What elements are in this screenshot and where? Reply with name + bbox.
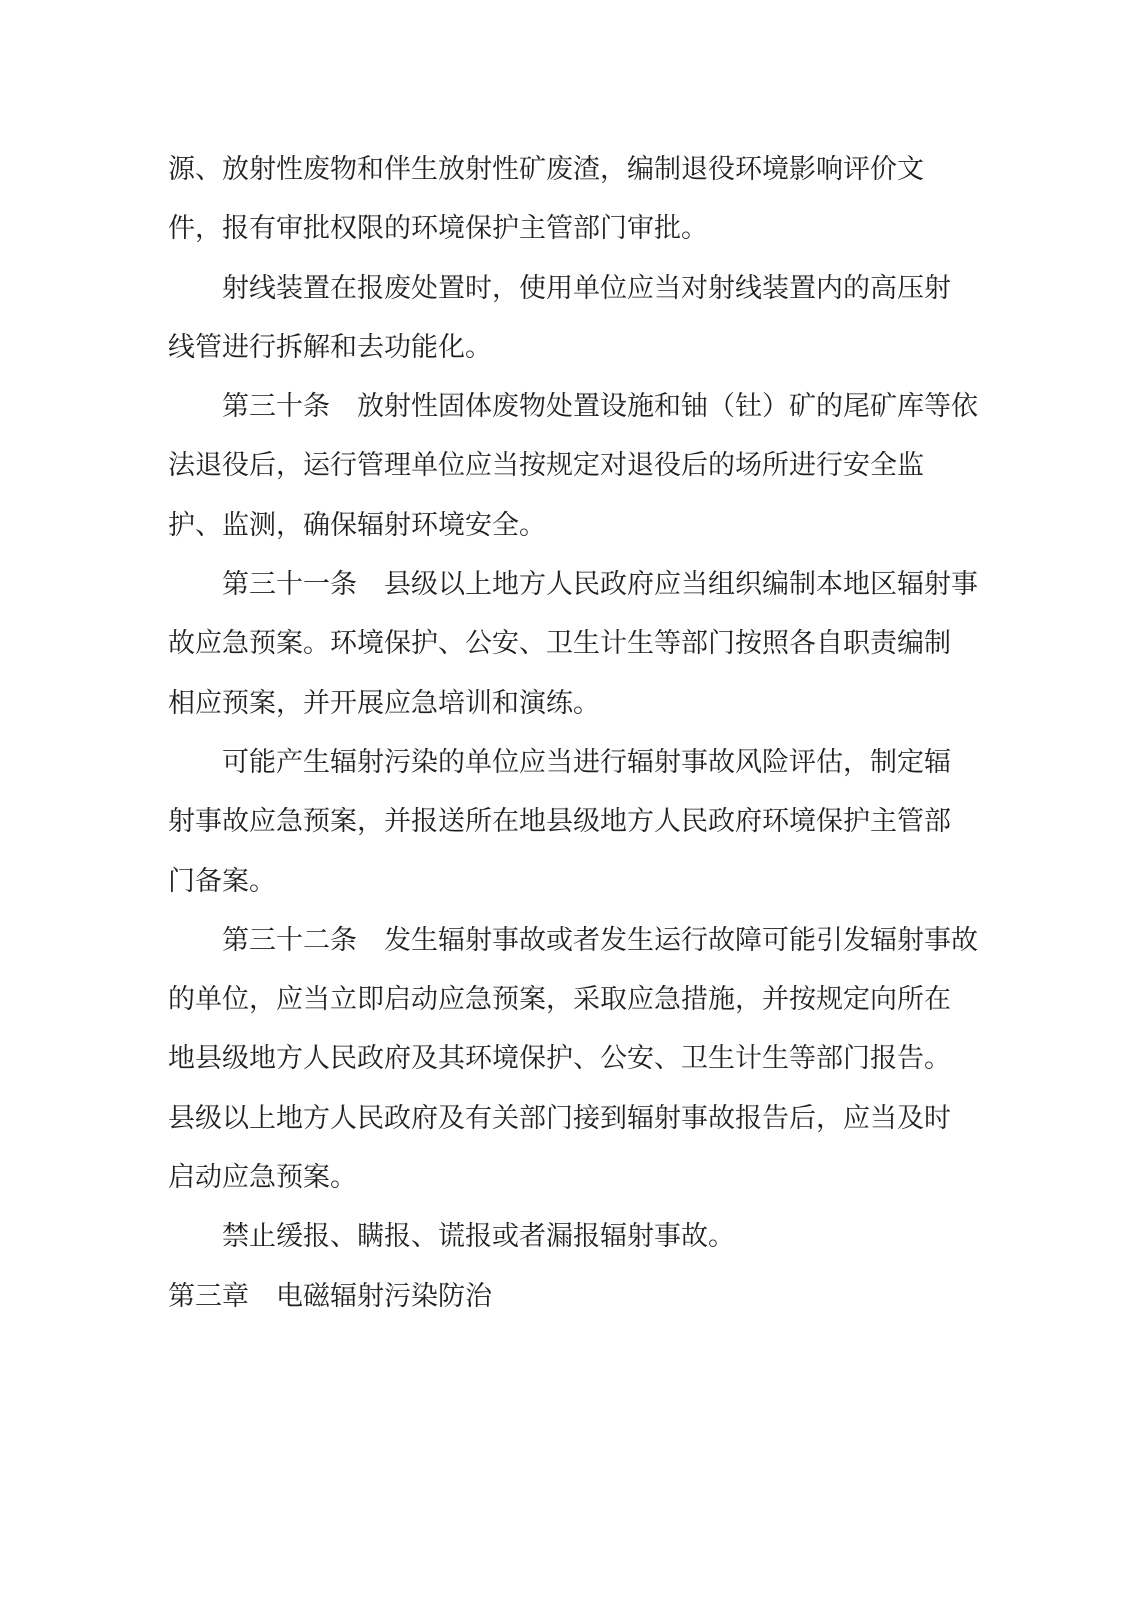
text-line: 第三章 电磁辐射污染防治 <box>168 1267 978 1326</box>
paragraph: 可能产生辐射污染的单位应当进行辐射事故风险评估，制定辐射事故应急预案，并报送所在… <box>168 733 978 911</box>
text-line: 第三十条 放射性固体废物处置设施和铀（钍）矿的尾矿库等依 <box>168 377 978 436</box>
paragraph: 第三十条 放射性固体废物处置设施和铀（钍）矿的尾矿库等依法退役后，运行管理单位应… <box>168 377 978 555</box>
paragraph: 禁止缓报、瞒报、谎报或者漏报辐射事故。 <box>168 1207 978 1266</box>
text-line: 射线装置在报废处置时，使用单位应当对射线装置内的高压射 <box>168 259 978 318</box>
text-line: 禁止缓报、瞒报、谎报或者漏报辐射事故。 <box>168 1207 978 1266</box>
text-line: 法退役后，运行管理单位应当按规定对退役后的场所进行安全监 <box>168 436 978 495</box>
text-line: 可能产生辐射污染的单位应当进行辐射事故风险评估，制定辐 <box>168 733 978 792</box>
text-line: 源、放射性废物和伴生放射性矿废渣，编制退役环境影响评价文 <box>168 140 978 199</box>
paragraph: 第三十二条 发生辐射事故或者发生运行故障可能引发辐射事故的单位，应当立即启动应急… <box>168 911 978 1207</box>
document-body: 源、放射性废物和伴生放射性矿废渣，编制退役环境影响评价文件，报有审批权限的环境保… <box>168 140 978 1326</box>
paragraph: 源、放射性废物和伴生放射性矿废渣，编制退役环境影响评价文件，报有审批权限的环境保… <box>168 140 978 259</box>
text-line: 件，报有审批权限的环境保护主管部门审批。 <box>168 199 978 258</box>
chapter-heading: 第三章 电磁辐射污染防治 <box>168 1267 978 1326</box>
text-line: 门备案。 <box>168 852 978 911</box>
paragraph: 第三十一条 县级以上地方人民政府应当组织编制本地区辐射事故应急预案。环境保护、公… <box>168 555 978 733</box>
text-line: 相应预案，并开展应急培训和演练。 <box>168 674 978 733</box>
paragraph: 射线装置在报废处置时，使用单位应当对射线装置内的高压射线管进行拆解和去功能化。 <box>168 259 978 378</box>
text-line: 故应急预案。环境保护、公安、卫生计生等部门按照各自职责编制 <box>168 614 978 673</box>
document-page: 源、放射性废物和伴生放射性矿废渣，编制退役环境影响评价文件，报有审批权限的环境保… <box>0 0 1132 1600</box>
text-line: 地县级地方人民政府及其环境保护、公安、卫生计生等部门报告。 <box>168 1029 978 1088</box>
text-line: 护、监测，确保辐射环境安全。 <box>168 496 978 555</box>
text-line: 第三十二条 发生辐射事故或者发生运行故障可能引发辐射事故 <box>168 911 978 970</box>
text-line: 线管进行拆解和去功能化。 <box>168 318 978 377</box>
text-line: 的单位，应当立即启动应急预案，采取应急措施，并按规定向所在 <box>168 970 978 1029</box>
text-line: 县级以上地方人民政府及有关部门接到辐射事故报告后，应当及时 <box>168 1089 978 1148</box>
text-line: 射事故应急预案，并报送所在地县级地方人民政府环境保护主管部 <box>168 792 978 851</box>
text-line: 第三十一条 县级以上地方人民政府应当组织编制本地区辐射事 <box>168 555 978 614</box>
text-line: 启动应急预案。 <box>168 1148 978 1207</box>
